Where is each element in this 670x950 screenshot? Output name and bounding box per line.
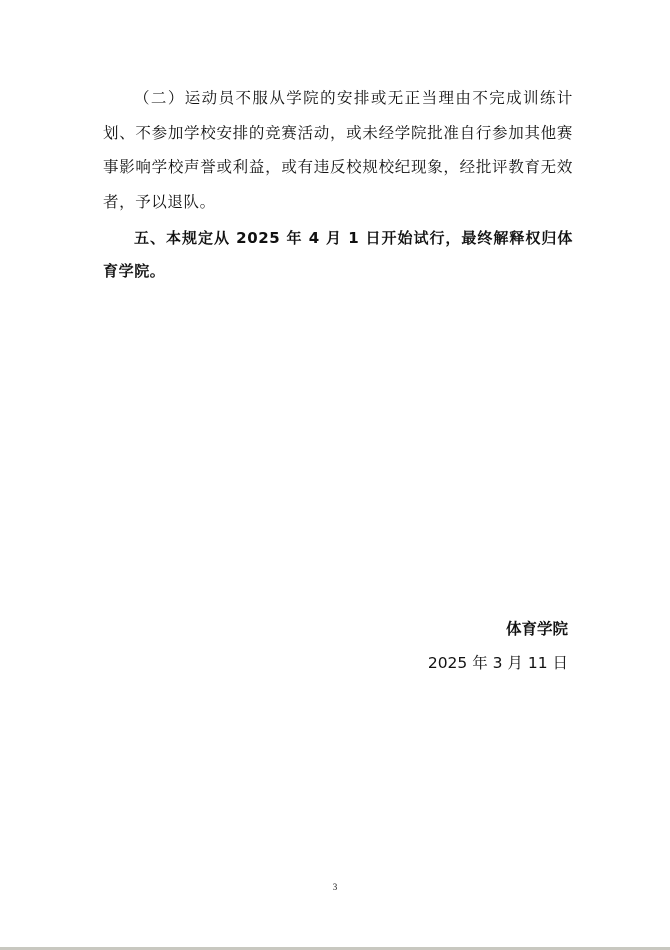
- signature-date: 2025 年 3 月 11 日: [428, 651, 568, 673]
- document-page: （二）运动员不服从学院的安排或无正当理由不完成训练计划、不参加学校安排的竞赛活动…: [0, 0, 670, 947]
- effective-date-paragraph: 五、本规定从 2025 年 4 月 1 日开始试行，最终解释权归体育学院。: [103, 222, 573, 288]
- clause-paragraph: （二）运动员不服从学院的安排或无正当理由不完成训练计划、不参加学校安排的竞赛活动…: [103, 81, 573, 220]
- signature-organization: 体育学院: [506, 617, 568, 639]
- page-number: 3: [0, 882, 670, 892]
